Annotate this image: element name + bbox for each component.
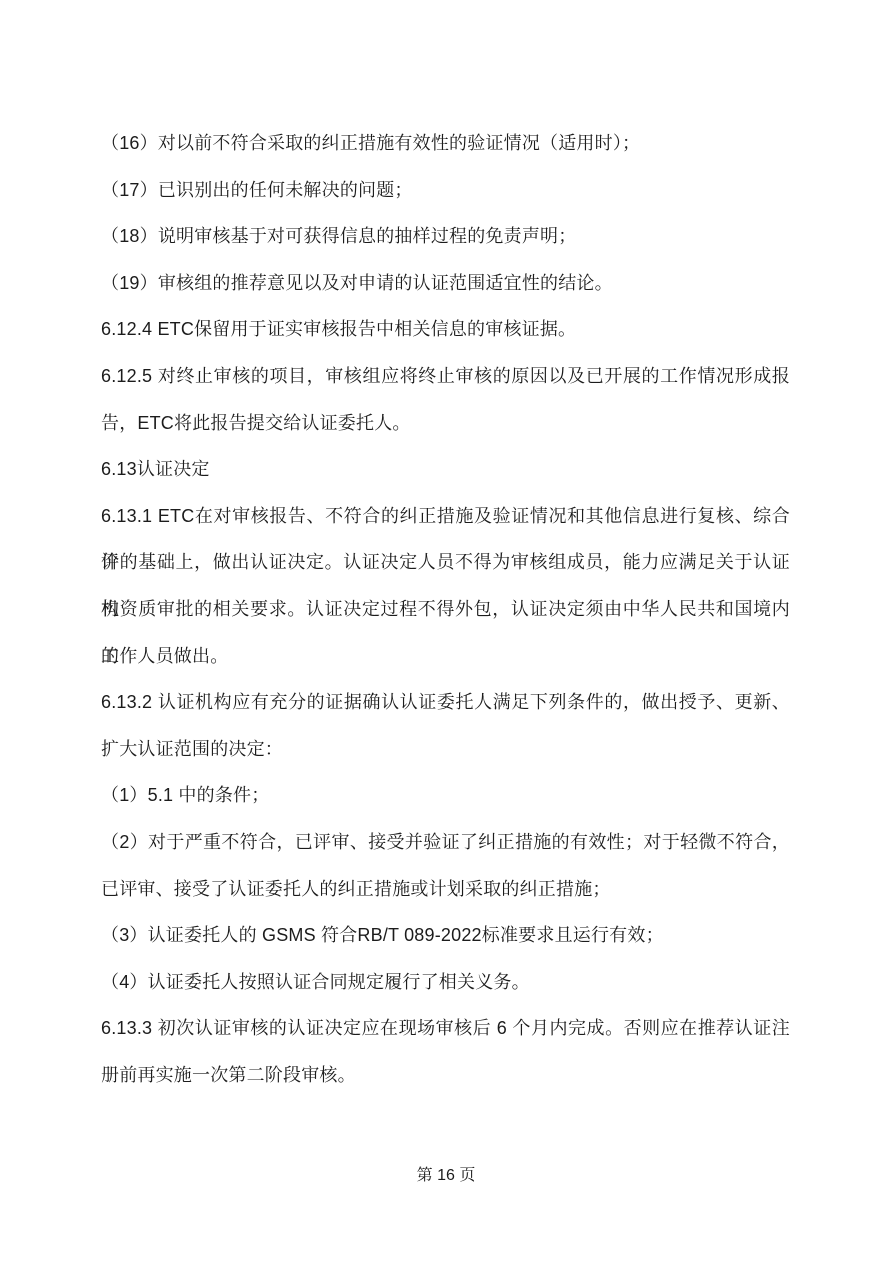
- document-page: （16）对以前不符合采取的纠正措施有效性的验证情况（适用时）； （17）已识别出…: [0, 0, 892, 1262]
- text-line: 6.12.5 对终止审核的项目，审核组应将终止审核的原因以及已开展的工作情况形成…: [101, 353, 790, 400]
- text-line: 册前再实施一次第二阶段审核。: [101, 1052, 790, 1099]
- page-number: 第 16 页: [0, 1162, 892, 1185]
- text-line: 已评审、接受了认证委托人的纠正措施或计划采取的纠正措施；: [101, 866, 790, 913]
- text-line: 6.13.1 ETC在对审核报告、不符合的纠正措施及验证情况和其他信息进行复核、…: [101, 493, 790, 540]
- text-line: 价的基础上，做出认证决定。认证决定人员不得为审核组成员，能力应满足关于认证机: [101, 539, 790, 586]
- text-line: 扩大认证范围的决定：: [101, 726, 790, 773]
- text-line: 6.13.2 认证机构应有充分的证据确认认证委托人满足下列条件的，做出授予、更新…: [101, 679, 790, 726]
- text-line: （17）已识别出的任何未解决的问题；: [101, 167, 790, 214]
- text-line: 构资质审批的相关要求。认证决定过程不得外包，认证决定须由中华人民共和国境内的: [101, 586, 790, 633]
- text-line: 工作人员做出。: [101, 633, 790, 680]
- text-line: （19）审核组的推荐意见以及对申请的认证范围适宜性的结论。: [101, 260, 790, 307]
- text-line: 6.12.4 ETC保留用于证实审核报告中相关信息的审核证据。: [101, 306, 790, 353]
- text-line: 告，ETC将此报告提交给认证委托人。: [101, 400, 790, 447]
- section-heading: 6.13认证决定: [101, 446, 790, 493]
- list-item: （3）认证委托人的 GSMS 符合RB/T 089-2022标准要求且运行有效；: [101, 912, 790, 959]
- document-body: （16）对以前不符合采取的纠正措施有效性的验证情况（适用时）； （17）已识别出…: [101, 120, 790, 1098]
- text-line: （16）对以前不符合采取的纠正措施有效性的验证情况（适用时）；: [101, 120, 790, 167]
- list-item: （1）5.1 中的条件；: [101, 772, 790, 819]
- text-line: 6.13.3 初次认证审核的认证决定应在现场审核后 6 个月内完成。否则应在推荐…: [101, 1005, 790, 1052]
- list-item: （2）对于严重不符合，已评审、接受并验证了纠正措施的有效性；对于轻微不符合，: [101, 819, 790, 866]
- list-item: （4）认证委托人按照认证合同规定履行了相关义务。: [101, 959, 790, 1006]
- text-line: （18）说明审核基于对可获得信息的抽样过程的免责声明；: [101, 213, 790, 260]
